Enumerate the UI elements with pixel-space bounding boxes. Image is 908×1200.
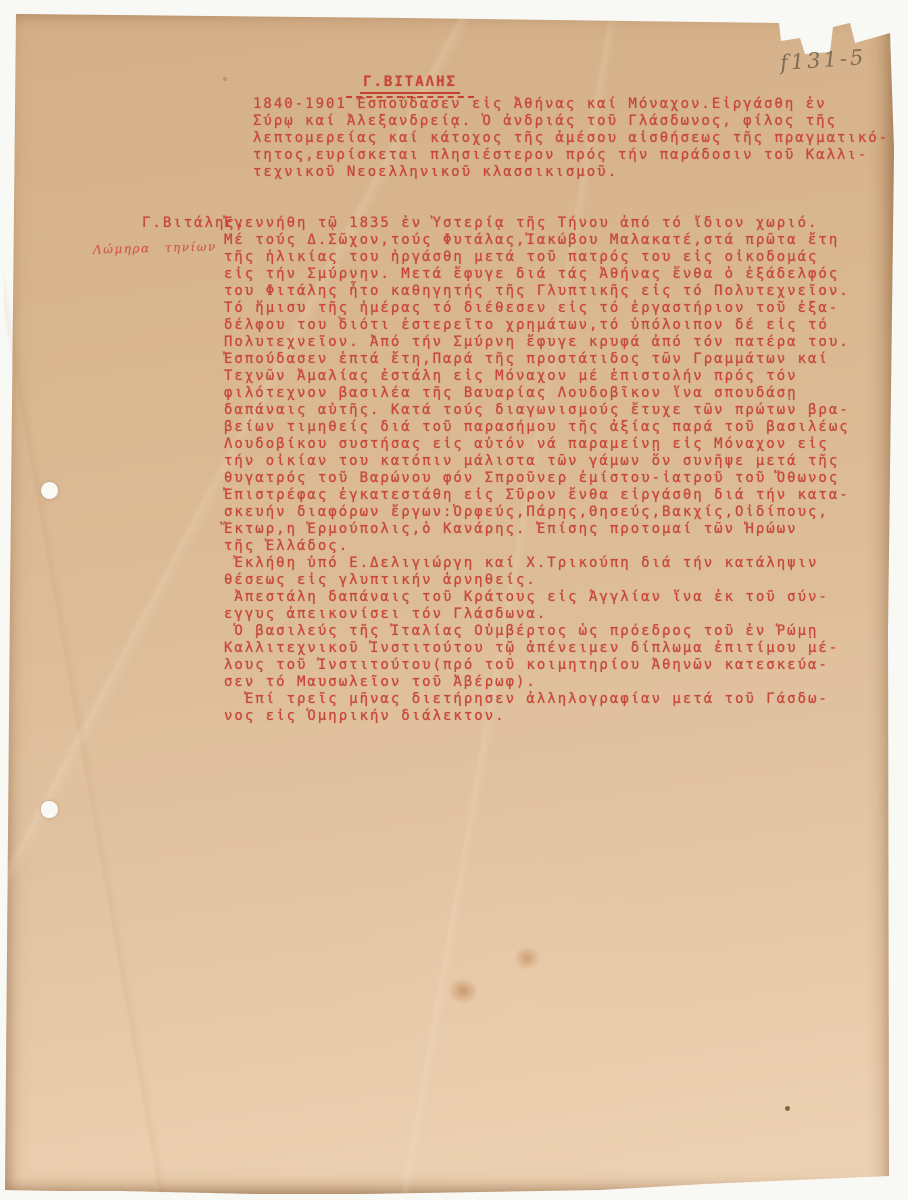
text-line: εἰς τήν Σμύρνην. Μετά ἔφυγε διά τάς Ἀθήν… — [224, 266, 884, 283]
text-line: τεχνικοῦ Νεοελληνικοῦ κλασσικισμοῦ. — [253, 164, 893, 181]
text-line: τῆς ἡλικίας του ἠργάσθη μετά τοῦ πατρός … — [224, 249, 884, 266]
text-line: Ἐγεννήθη τῷ 1835 ἐν Ὑστερίᾳ τῆς Τήνου ἀπ… — [224, 215, 884, 232]
text-line: Τό ἥμισυ τῆς ἡμέρας τό διέθεσεν εἰς τό ἐ… — [224, 300, 884, 317]
text-line: βείων τιμηθείς διά τοῦ παρασήμου τῆς ἀξί… — [224, 419, 884, 436]
text-line: σεν τό Μαυσωλεῖον τοῦ Ἀβέρωφ). — [224, 674, 884, 691]
hole-punch-top — [41, 482, 58, 499]
scanned-document: f131-5 Γ.ΒΙΤΑΛΗΣ 1840-1901 Ἐσπούδασεν εἰ… — [0, 0, 908, 1200]
text-line: δέλφου του διότι ἐστερεῖτο χρημάτων,τό ὑ… — [224, 317, 884, 334]
text-line: Πολυτεχνεῖον. Ἀπό τήν Σμύρνη ἔφυγε κρυφά… — [224, 334, 884, 351]
text-line: Ἐσπούδασεν ἑπτά ἔτη,Παρά τῆς προστάτιδος… — [224, 351, 884, 368]
body-paragraphs: Ἐγεννήθη τῷ 1835 ἐν Ὑστερίᾳ τῆς Τήνου ἀπ… — [224, 215, 884, 725]
text-line: εγγυς ἀπεικονίσει τόν Γλάσδωνα. — [224, 606, 884, 623]
text-line: λεπτομερείας καί κάτοχος τῆς ἀμέσου αἰσθ… — [253, 130, 893, 147]
text-line: φιλότεχνον βασιλέα τῆς Βαυαρίας Λουδοβῖκ… — [224, 385, 884, 402]
text-line: Ἕκτωρ,η Ἑρμούπολις,ὁ Κανάρης. Ἐπίσης προ… — [224, 521, 884, 538]
text-line: 1840-1901 Ἐσπούδασεν εἰς Ἀθήνας καί Μόνα… — [253, 96, 893, 113]
text-line: νος εἰς Ὁμηρικήν διάλεκτον. — [224, 708, 884, 725]
hole-punch-bottom — [41, 801, 58, 818]
text-line: θέσεως εἰς γλυπτικήν ἀρνηθείς. — [224, 572, 884, 589]
text-line: Ἀπεστάλη δαπάναις τοῦ Κράτους εἰς Ἀγγλία… — [224, 589, 884, 606]
text-line: σκευήν διαφόρων ἔργων:Ὀρφεύς,Πάρης,Θησεύ… — [224, 504, 884, 521]
text-line: τητος,ευρίσκεται πλησιέστερον πρός τήν π… — [253, 147, 893, 164]
text-line: τήν οἰκίαν του κατόπιν μάλιστα τῶν γάμων… — [224, 453, 884, 470]
text-line: Ἐπιστρέφας ἐγκατεστάθη εἰς Σῦρον ἔνθα εἰ… — [224, 487, 884, 504]
text-line: Καλλιτεχνικοῦ Ἰνστιτούτου τῷ ἀπένειμεν δ… — [224, 640, 884, 657]
text-line: του Φιτάλης ἦτο καθηγητής τῆς Γλυπτικῆς … — [224, 283, 884, 300]
text-line: λους τοῦ Ἰνστιτούτου(πρό τοῦ κοιμητηρίου… — [224, 657, 884, 674]
text-line: Μέ τούς Δ.Σῶχον,τούς Φυτάλας,Ἰακώβου Μαλ… — [224, 232, 884, 249]
text-line: Τεχνῶν Ἀμαλίας ἐστάλη εἰς Μόναχον μέ ἐπι… — [224, 368, 884, 385]
text-line: Ἐκλήθη ὑπό Ε.Δελιγιώργη καί Χ.Τρικούπη δ… — [224, 555, 884, 572]
document-title-block: Γ.ΒΙΤΑΛΗΣ — [330, 71, 490, 98]
text-line: θυγατρός τοῦ Βαρώνου φόν Σπροῦνερ ἐμίστο… — [224, 470, 884, 487]
text-line: Σύρῳ καί Ἀλεξανδρείᾳ. Ὁ ἀνδριάς τοῦ Γλάσ… — [253, 113, 893, 130]
page-title: Γ.ΒΙΤΑΛΗΣ — [360, 74, 460, 94]
intro-paragraph: 1840-1901 Ἐσπούδασεν εἰς Ἀθήνας καί Μόνα… — [253, 96, 893, 181]
text-line: δαπάναις αὐτῆς. Κατά τούς διαγωνισμούς ἔ… — [224, 402, 884, 419]
text-line: Ὁ βασιλεύς τῆς Ἰταλίας Οὐμβέρτος ὡς πρόε… — [224, 623, 884, 640]
text-line: Ἐπί τρεῖς μῆνας διετήρησεν ἀλληλογραφίαν… — [224, 691, 884, 708]
text-line: τῆς Ἑλλάδος. — [224, 538, 884, 555]
text-line: Λουδοβίκου συστήσας εἰς αὐτόν νά παραμεί… — [224, 436, 884, 453]
